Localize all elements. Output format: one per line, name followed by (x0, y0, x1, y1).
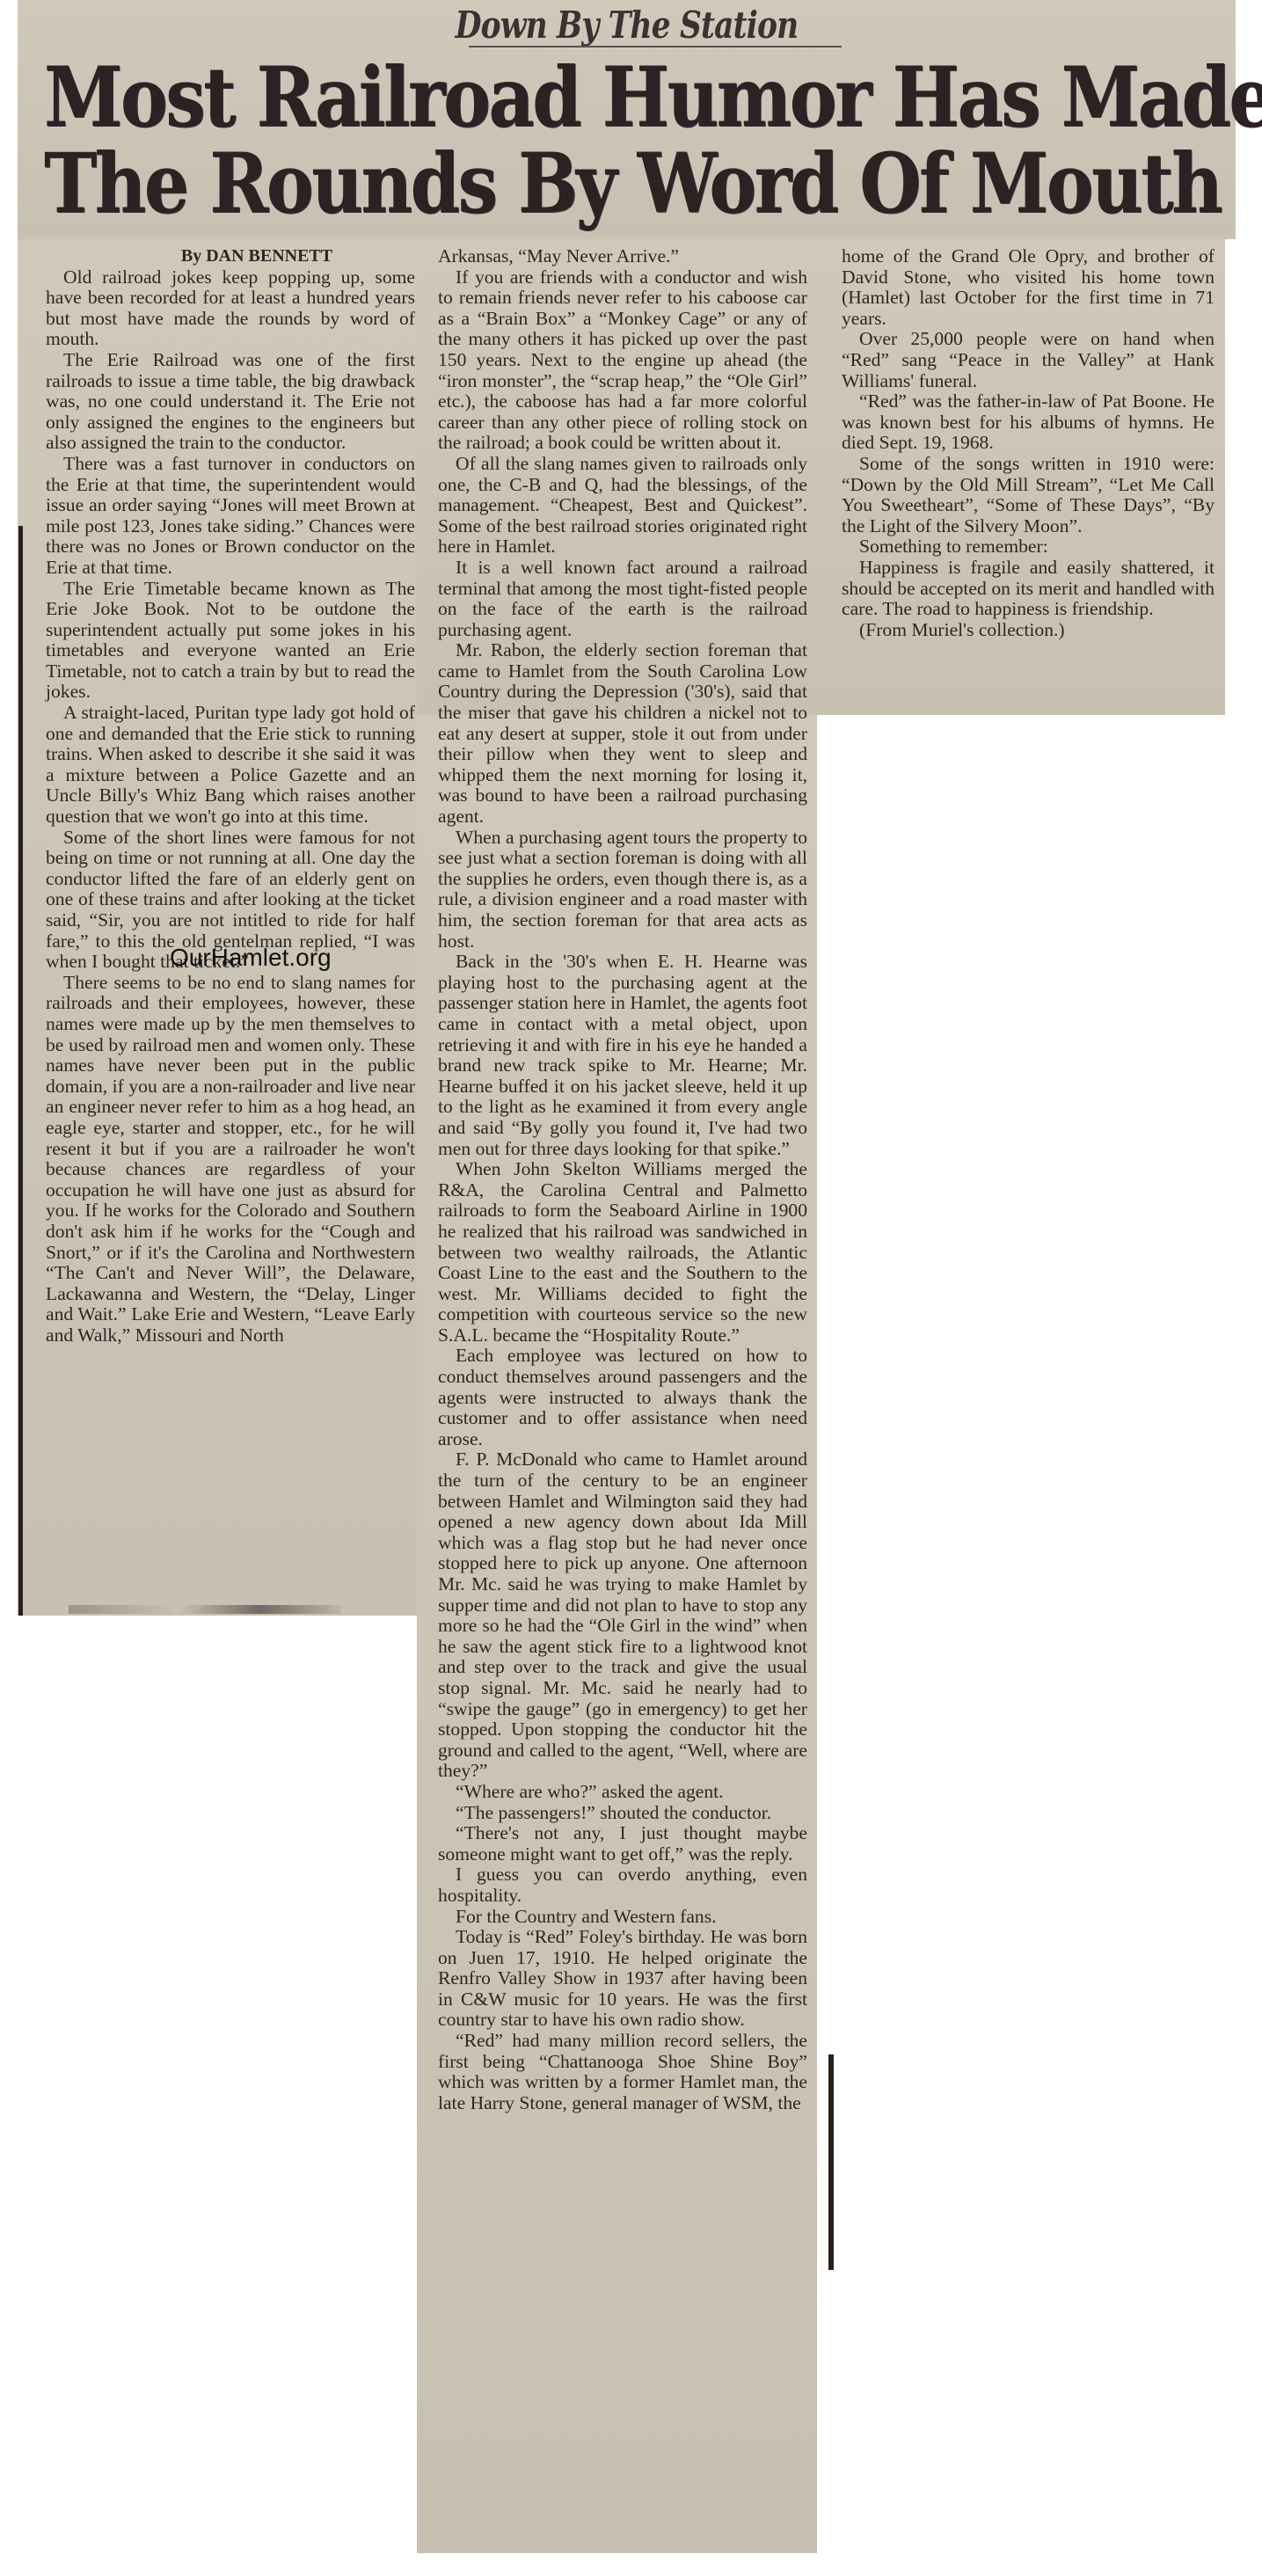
article-column-1: By DAN BENNETT Old railroad jokes keep p… (46, 246, 415, 1346)
headline-clipping: Down By The Station Most Railroad Humor … (18, 0, 1236, 239)
headline: Most Railroad Humor Has Made The Rounds … (44, 55, 1057, 227)
paragraph: “Red” was the father-in-law of Pat Boone… (842, 391, 1215, 454)
paragraph: Some of the songs written in 1910 were: … (842, 454, 1215, 536)
paragraph: There was a fast turnover in conductors … (46, 454, 415, 579)
paragraph: “The passengers!” shouted the conductor. (438, 1803, 807, 1824)
paragraph: There seems to be no end to slang names … (46, 973, 415, 1346)
paragraph: home of the Grand Ole Opry, and brother … (842, 246, 1215, 329)
column-2-edge-rule (828, 2054, 834, 2270)
byline: By DAN BENNETT (98, 246, 415, 267)
paragraph: Mr. Rabon, the elderly section foreman t… (438, 640, 807, 827)
headline-line-2: The Rounds By Word Of Mouth (44, 141, 1057, 227)
paragraph: Old railroad jokes keep popping up, some… (46, 267, 415, 350)
paragraph: “There's not any, I just thought maybe s… (438, 1823, 807, 1864)
headline-line-1: Most Railroad Humor Has Made (44, 55, 1057, 141)
paragraph: Back in the '30's when E. H. Hearne was … (438, 952, 807, 1159)
site-watermark: OurHamlet.org (170, 944, 332, 972)
paragraph: For the Country and Western fans. (438, 1907, 807, 1928)
article-column-2: Arkansas, “May Never Arrive.” If you are… (438, 246, 807, 2113)
paragraph: Happiness is fragile and easily shattere… (842, 558, 1215, 620)
article-column-3: home of the Grand Ole Opry, and brother … (842, 246, 1215, 640)
paragraph: F. P. McDonald who came to Hamlet around… (438, 1449, 807, 1782)
paragraph: Something to remember: (842, 536, 1215, 558)
paragraph: Each employee was lectured on how to con… (438, 1346, 807, 1449)
paragraph: If you are friends with a conductor and … (438, 267, 807, 454)
column-1-edge-rule (18, 526, 23, 1616)
paragraph: It is a well known fact around a railroa… (438, 558, 807, 640)
paragraph: Today is “Red” Foley's birthday. He was … (438, 1927, 807, 2031)
kicker-underline (469, 46, 842, 47)
paragraph: “Red” had many million record sellers, t… (438, 2031, 807, 2113)
paragraph: When a purchasing agent tours the proper… (438, 828, 807, 952)
paragraph: I guess you can overdo anything, even ho… (438, 1864, 807, 1906)
photo-edge-strip (69, 1605, 341, 1614)
paragraph: The Erie Railroad was one of the first r… (46, 350, 415, 454)
paragraph: A straight-laced, Puritan type lady got … (46, 703, 415, 828)
paragraph: When John Skelton Williams merged the R&… (438, 1159, 807, 1346)
paragraph: Over 25,000 people were on hand when “Re… (842, 329, 1215, 391)
paragraph: The Erie Timetable became known as The E… (46, 579, 415, 704)
paragraph: “Where are who?” asked the agent. (438, 1782, 807, 1803)
source-credit: (From Muriel's collection.) (842, 620, 1215, 641)
paragraph: Arkansas, “May Never Arrive.” (438, 246, 807, 267)
column-kicker: Down By The Station (128, 4, 1127, 47)
paragraph: Of all the slang names given to railroad… (438, 454, 807, 558)
